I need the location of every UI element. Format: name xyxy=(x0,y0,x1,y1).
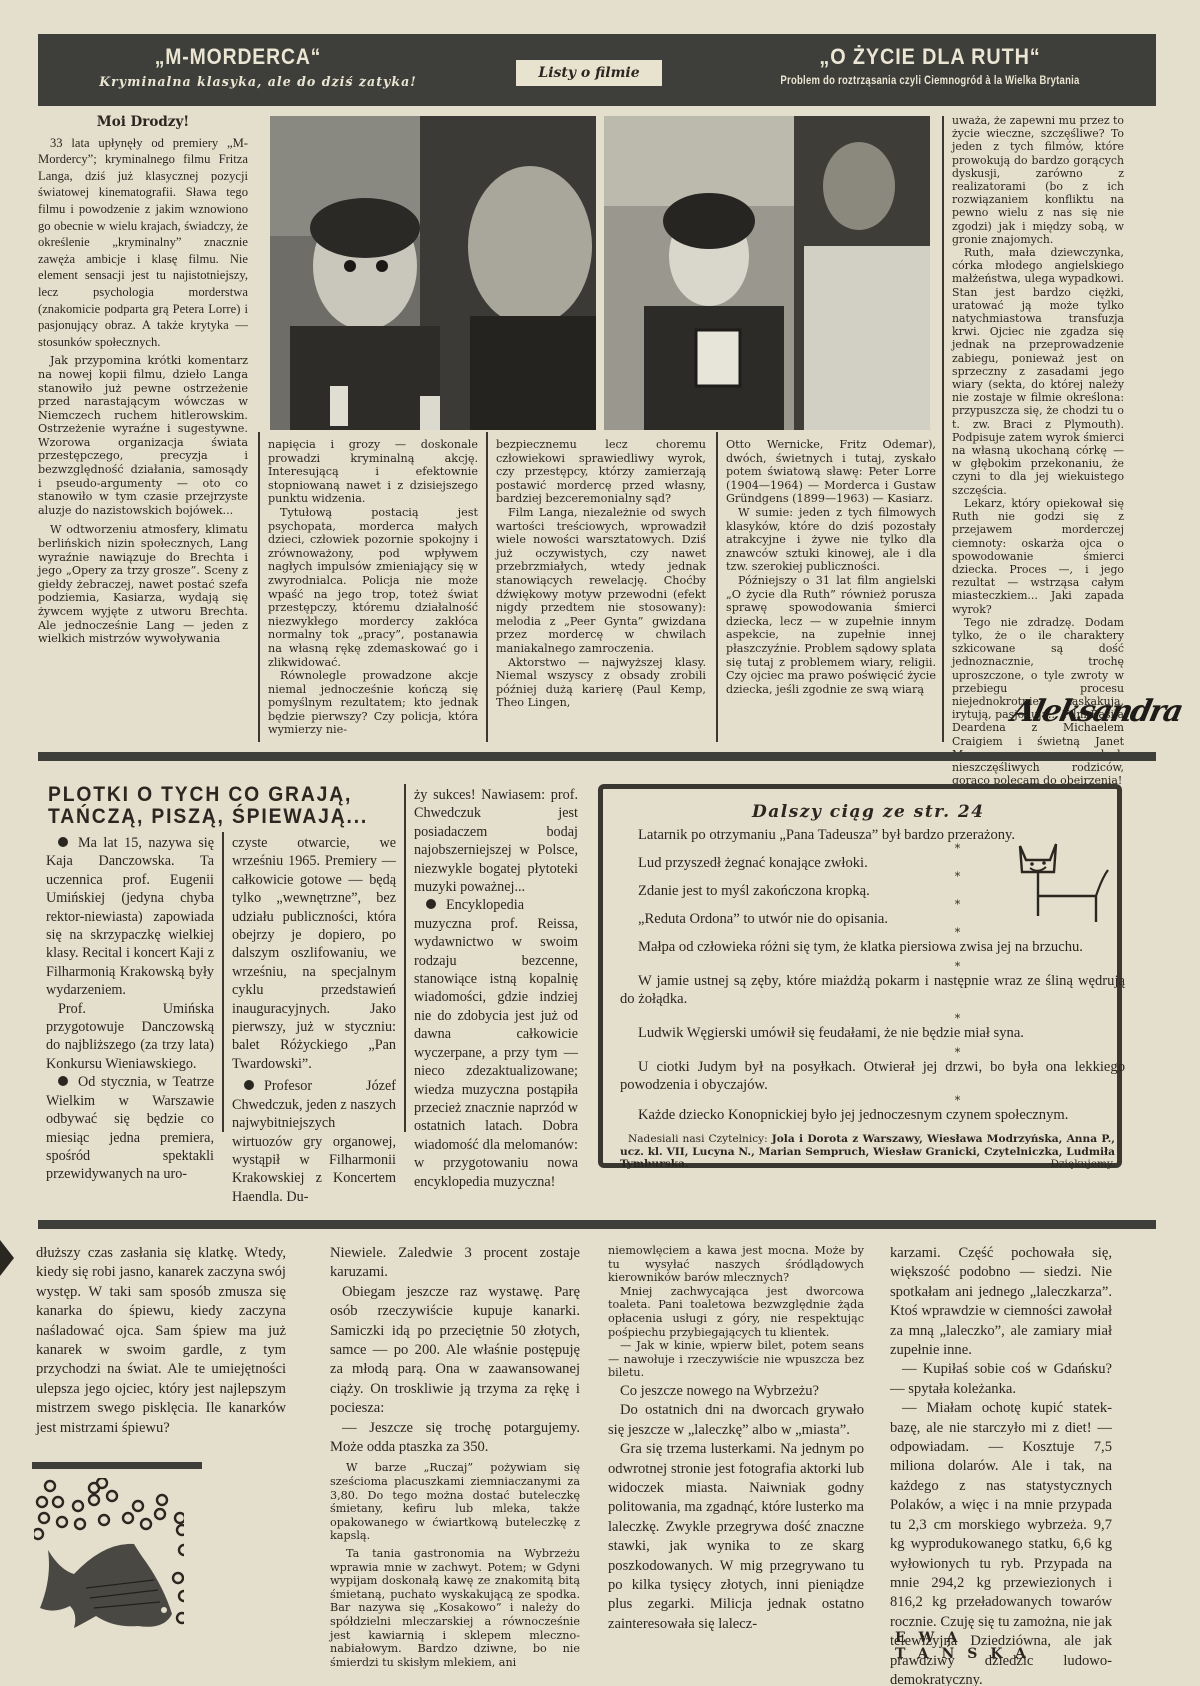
article-column-4: karzami. Część pochowała się, większość … xyxy=(890,1244,1112,1686)
letter-paragraph: Aktorstwo — najwyższej klasy. Niemal wsz… xyxy=(496,656,706,710)
letter-column-3: bezpiecznemu lecz choremu człowiekowi sp… xyxy=(496,438,706,710)
film-title-o-zycie-dla-ruth: „O ŻYCIE DLA RUTH“ xyxy=(750,44,1110,70)
column-divider xyxy=(222,832,224,1132)
letter-paragraph: W odtworzeniu atmosfery, klimatu berlińs… xyxy=(38,523,248,645)
plotki-item: Ma lat 15, nazywa się Kaja Danczowska. T… xyxy=(46,835,214,998)
column-divider xyxy=(258,432,260,742)
article-paragraph: Gra się trzema lusterkami. Na jednym po … xyxy=(608,1440,864,1634)
letter-paragraph: uważa, że zapewni mu przez to życie wiec… xyxy=(952,114,1124,246)
letter-column-5: uważa, że zapewni mu przez to życie wiec… xyxy=(952,114,1124,787)
film-subtitle-o-zycie-dla-ruth: Problem do roztrząsania czyli Ciemnogród… xyxy=(758,74,1102,87)
article-paragraph: niemowlęciem a kawa jest mocna. Może by … xyxy=(608,1244,864,1285)
article-paragraph: Do ostatnich dni na dworcach grywało się… xyxy=(608,1401,864,1440)
article-paragraph: dłuższy czas zasłania się klatkę. Wtedy,… xyxy=(36,1244,286,1438)
section-separator xyxy=(38,752,1156,761)
film-still-image xyxy=(270,116,596,430)
letter-paragraph: Późniejszy o 31 lat film angielski „O ży… xyxy=(726,574,936,696)
film-still-image xyxy=(604,116,930,430)
signature-aleksandra: Aleksandra xyxy=(1008,694,1184,729)
article-paragraph: — Jak w kinie, wpierw bilet, potem seans… xyxy=(608,1339,864,1380)
joke-item: W jamie ustnej są zęby, które miażdżą po… xyxy=(620,972,1125,1008)
joke-item: Małpa od człowieka różni się tym, że kla… xyxy=(620,938,1125,956)
article-paragraph: Mniej zachwycająca jest dworcowa toaleta… xyxy=(608,1285,864,1339)
letter-column-4: Otto Wernicke, Fritz Odemar), dwóch, świ… xyxy=(726,438,936,696)
column-divider xyxy=(404,784,406,1132)
article-paragraph: Co jeszcze nowego na Wybrzeżu? xyxy=(608,1382,864,1401)
article-paragraph: — Kupiłaś sobie coś w Gdańsku? — spytała… xyxy=(890,1360,1112,1399)
plotki-paragraph: czyste otwarcie, we wrześniu 1965. Premi… xyxy=(232,834,396,1073)
short-rule xyxy=(32,1462,202,1469)
article-paragraph: Niewiele. Zaledwie 3 procent zostaje kar… xyxy=(330,1244,580,1283)
continuation-arrow-icon xyxy=(0,1240,14,1276)
joke-item: Każde dziecko Konopnickiej było jej jedn… xyxy=(620,1106,1125,1124)
article-paragraph: karzami. Część pochowała się, większość … xyxy=(890,1244,1112,1360)
plotki-paragraph: ży sukces! Nawiasem: prof. Chwedczuk jes… xyxy=(414,786,578,896)
film-title-m-morderca: „M-MORDERCA“ xyxy=(62,44,414,70)
joke-item: Ludwik Węgierski umówił się feudałami, ż… xyxy=(620,1024,1125,1042)
bullet-icon xyxy=(426,899,436,909)
plotki-item: Od stycznia, w Teatrze Wielkim w Warszaw… xyxy=(46,1074,214,1182)
letter-paragraph: Ruth, mała dziewczynka, córka młodego an… xyxy=(952,246,1124,497)
article-paragraph: Ta tania gastronomia na Wybrzeżu wprawia… xyxy=(330,1547,580,1669)
photo-m-morderca-still xyxy=(270,116,596,430)
article-paragraph: W barze „Ruczaj” pożywiam się sześcioma … xyxy=(330,1461,580,1543)
letter-paragraph: Równolegle prowadzone akcje niemal jedno… xyxy=(268,669,478,737)
letter-paragraph: bezpiecznemu lecz choremu człowiekowi sp… xyxy=(496,438,706,506)
dalszy-ciag-title: Dalszy ciąg ze str. 24 xyxy=(752,802,985,822)
author-byline: EWA TAŃSKA xyxy=(895,1630,1110,1662)
star-separator: * xyxy=(620,928,1125,938)
letter-greeting: Moi Drodzy! xyxy=(38,114,248,131)
star-separator: * xyxy=(620,1048,1125,1058)
column-divider xyxy=(942,116,944,742)
film-subtitle-m-morderca: Kryminalna klasyka, ale do dziś zatyka! xyxy=(58,74,458,89)
star-separator: * xyxy=(620,962,1125,972)
section-separator xyxy=(38,1220,1156,1229)
letter-paragraph: 33 lata upłynęły od premiery „M-Mordercy… xyxy=(38,135,248,351)
plotki-item: Encyklopedia muzyczna prof. Reissa, wyda… xyxy=(414,897,578,1189)
plotki-item: Profesor Józef Chwedczuk, jeden z naszyc… xyxy=(232,1078,396,1204)
letter-paragraph: Otto Wernicke, Fritz Odemar), dwóch, świ… xyxy=(726,438,936,506)
article-paragraph: Obiegam jeszcze raz wystawę. Parę osób r… xyxy=(330,1283,580,1419)
joke-item: U ciotki Judym był na posyłkach. Otwiera… xyxy=(620,1058,1125,1094)
letter-paragraph: napięcia i grozy — doskonale prowadzi kr… xyxy=(268,438,478,506)
fish-bubbles-illustration xyxy=(34,1478,184,1633)
letter-paragraph: W sumie: jeden z tych filmowych klasyków… xyxy=(726,506,936,574)
letter-column-1: Moi Drodzy! 33 lata upłynęły od premiery… xyxy=(38,114,248,646)
letter-paragraph: Tytułową postacią jest psychopata, morde… xyxy=(268,506,478,669)
article-column-3: niemowlęciem a kawa jest mocna. Może by … xyxy=(608,1244,864,1634)
letter-column-2: napięcia i grozy — doskonale prowadzi kr… xyxy=(268,438,478,737)
plotki-headline: PLOTKI O TYCH CO GRAJĄ, TAŃCZĄ, PISZĄ, Ś… xyxy=(48,784,370,828)
plotki-column-1: Ma lat 15, nazywa się Kaja Danczowska. T… xyxy=(46,834,214,1184)
article-column-2: Niewiele. Zaledwie 3 procent zostaje kar… xyxy=(330,1244,580,1669)
bullet-icon xyxy=(58,837,68,847)
letter-paragraph: Film Langa, niezależnie od swych wartośc… xyxy=(496,506,706,656)
plotki-column-3: ży sukces! Nawiasem: prof. Chwedczuk jes… xyxy=(414,786,578,1191)
plotki-column-2: czyste otwarcie, we wrześniu 1965. Premi… xyxy=(232,834,396,1206)
star-separator: * xyxy=(620,1096,1125,1106)
article-column-1: dłuższy czas zasłania się klatkę. Wtedy,… xyxy=(36,1244,286,1438)
bullet-icon xyxy=(244,1080,254,1090)
article-paragraph: — Jeszcze się trochę potargujemy. Może o… xyxy=(330,1419,580,1458)
column-divider xyxy=(716,432,718,742)
letter-paragraph: Lekarz, który opiekował się Ruth nie god… xyxy=(952,497,1124,616)
cat-doodle-icon xyxy=(1010,838,1110,928)
photo-o-zycie-dla-ruth-still xyxy=(604,116,930,430)
section-label-listy-o-filmie: Listy o filmie xyxy=(516,60,662,86)
column-divider xyxy=(486,432,488,742)
credits-thanks: Dziękujemy. xyxy=(1050,1158,1115,1171)
plotki-paragraph: Prof. Umińska przygotowuje Danczowską do… xyxy=(46,1000,214,1074)
letter-paragraph: Jak przypomina krótki komentarz na nowej… xyxy=(38,354,248,517)
bullet-icon xyxy=(58,1076,68,1086)
star-separator: * xyxy=(620,1014,1125,1024)
reader-credits: Nadesiali nasi Czytelnicy: Jola i Dorota… xyxy=(620,1133,1115,1171)
